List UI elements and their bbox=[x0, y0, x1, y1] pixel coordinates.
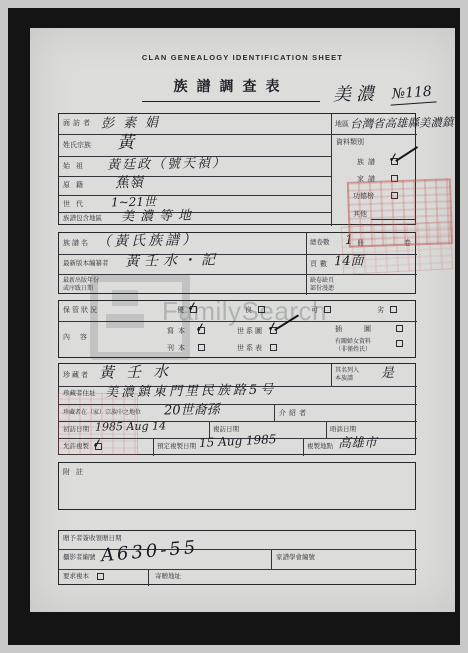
copy-place-value: 高雄市 bbox=[338, 437, 377, 451]
coverage-value: 美濃等地 bbox=[121, 209, 197, 223]
divider bbox=[59, 176, 331, 177]
notes-label: 附註 bbox=[63, 469, 89, 476]
red-stamp-faint bbox=[58, 393, 138, 455]
condition-good-label: 良 bbox=[245, 307, 252, 314]
divider bbox=[59, 195, 331, 196]
content-label: 內容 bbox=[63, 334, 97, 341]
request-copy-label: 要求複本 bbox=[63, 574, 89, 581]
donor-receipt-date-label: 贈予者簽收領贈日期 bbox=[63, 536, 122, 543]
talk-date-label: 晤談日期 bbox=[330, 427, 356, 434]
content-women-data-sublabel: （非僅姓氏） bbox=[335, 347, 371, 353]
genealogy-form-paper: CLAN GENEALOGY IDENTIFICATION SHEET 族譜調查… bbox=[30, 28, 455, 612]
genealogy-name-label: 族譜名 bbox=[63, 240, 90, 247]
handwritten-doc-number: №118 bbox=[389, 84, 436, 105]
mailing-address-label: 寄贈地址 bbox=[155, 574, 181, 581]
divider bbox=[59, 274, 417, 275]
content-illustrations-checkbox bbox=[396, 325, 403, 332]
keeper-listed-label-line1: 其名列入 bbox=[335, 368, 359, 374]
divider bbox=[59, 321, 417, 322]
divider bbox=[303, 438, 304, 456]
category-title: 資料類別 bbox=[336, 139, 364, 146]
volumes-label: 總卷數 bbox=[310, 240, 330, 247]
condition-good-checkbox bbox=[258, 306, 265, 313]
condition-fair-label: 可 bbox=[311, 307, 318, 314]
content-lineage-table-checkbox bbox=[270, 344, 277, 351]
divider bbox=[271, 549, 272, 569]
category-item-zupu-label: 族譜 bbox=[357, 159, 379, 166]
copy-date-value: 15 Aug 1985 bbox=[199, 433, 277, 449]
section6-table: 贈予者簽收領贈日期 攝影者編號 A630-55 家譜學會編號 要求複本 寄贈地址 bbox=[58, 530, 416, 585]
condition-fair-checkbox bbox=[324, 306, 331, 313]
checkmark-icon bbox=[186, 300, 199, 315]
divider bbox=[59, 569, 417, 570]
society-number-label: 家譜學會編號 bbox=[276, 555, 315, 562]
origin-value: 蕉嶺 bbox=[115, 176, 143, 190]
scanned-microfilm-frame: { "colors": { "paper": "#dcdcda", "backd… bbox=[0, 0, 468, 653]
defect-label-line2: 部份漫漶 bbox=[310, 286, 334, 292]
introducer-label: 介紹者 bbox=[279, 410, 309, 417]
keeper-listed-value: 是 bbox=[381, 367, 394, 380]
keeper-label: 珍藏者 bbox=[63, 372, 90, 379]
english-sheet-title: CLAN GENEALOGY IDENTIFICATION SHEET bbox=[30, 53, 455, 62]
keeper-value: 黃壬水 bbox=[99, 364, 180, 380]
content-lineage-chart-label: 世系圖 bbox=[237, 328, 264, 335]
handwritten-doc-place: 美濃 bbox=[333, 86, 379, 105]
coverage-label: 族譜包含地區 bbox=[63, 216, 102, 223]
section3-table: 保管狀況 優 良 可 劣 內容 寫本 刊本 世系圖 世系表 插圖 有關婦女資料 … bbox=[58, 300, 416, 358]
content-manuscript-label: 寫本 bbox=[167, 328, 189, 335]
pubyear-label-line1: 最新出版年份 bbox=[63, 278, 99, 284]
area-value: 台灣省高雄縣美濃鎮 bbox=[350, 117, 454, 130]
divider bbox=[59, 134, 417, 135]
condition-poor-label: 劣 bbox=[377, 307, 384, 314]
checkmark-icon bbox=[194, 321, 207, 336]
origin-label: 原籍 bbox=[63, 182, 89, 189]
checkmark-stroke bbox=[395, 146, 418, 161]
compiler-label: 最新版本編纂者 bbox=[63, 261, 109, 268]
pages-label: 頁數 bbox=[310, 261, 330, 268]
pubyear-label-line2: 或序跋日期 bbox=[63, 286, 93, 292]
revisit-label: 複訪日期 bbox=[213, 427, 239, 434]
photographer-number-value: A630-55 bbox=[100, 539, 199, 565]
genealogy-name-value: （黃氏族譜） bbox=[97, 233, 199, 249]
red-stamp-echo bbox=[341, 221, 453, 275]
clan-value: 黃 bbox=[117, 135, 134, 152]
copy-date-label: 預定複製日期 bbox=[157, 444, 196, 451]
content-illustrations-label: 插圖 bbox=[335, 326, 393, 333]
generations-label: 世代 bbox=[63, 201, 89, 208]
content-women-data-checkbox bbox=[396, 340, 403, 347]
divider bbox=[153, 438, 154, 456]
request-copy-checkbox bbox=[97, 573, 104, 580]
divider bbox=[148, 569, 149, 586]
ancestor-value: 黃廷政（號天禎） bbox=[107, 157, 227, 172]
checkmark-stroke bbox=[274, 314, 299, 330]
chinese-form-title: 族譜調查表 bbox=[142, 76, 320, 102]
keeper-listed-label-line2: 本族譜 bbox=[335, 376, 353, 382]
divider bbox=[331, 114, 332, 226]
keeper-position-value: 20世裔孫 bbox=[164, 404, 220, 418]
photographer-number-label: 攝影者編號 bbox=[63, 555, 96, 562]
divider bbox=[274, 404, 275, 421]
area-label: 地區 bbox=[335, 121, 349, 128]
interviewer-value: 彭素娟 bbox=[101, 116, 167, 130]
ancestor-label: 始祖 bbox=[63, 163, 89, 170]
content-lineage-table-label: 世系表 bbox=[237, 345, 264, 352]
divider bbox=[331, 364, 332, 386]
clan-label: 姓氏宗族 bbox=[63, 142, 91, 149]
content-women-data-label: 有關婦女資料 bbox=[335, 339, 371, 345]
section5-notes-table: 附註 bbox=[58, 462, 416, 510]
copy-place-label: 複製地點 bbox=[307, 444, 333, 451]
interviewer-label: 面訪者 bbox=[63, 120, 93, 127]
generations-value: 1~21世 bbox=[111, 196, 156, 209]
condition-excellent-label: 優 bbox=[177, 307, 184, 314]
divider bbox=[306, 233, 307, 295]
content-printed-label: 刊本 bbox=[167, 345, 189, 352]
condition-label: 保管狀況 bbox=[63, 307, 99, 314]
compiler-value: 黃壬水・記 bbox=[125, 253, 220, 269]
content-printed-checkbox bbox=[198, 344, 205, 351]
condition-poor-checkbox bbox=[390, 306, 397, 313]
divider bbox=[326, 421, 327, 438]
defect-label-line1: 缺卷缺頁 bbox=[310, 278, 334, 284]
